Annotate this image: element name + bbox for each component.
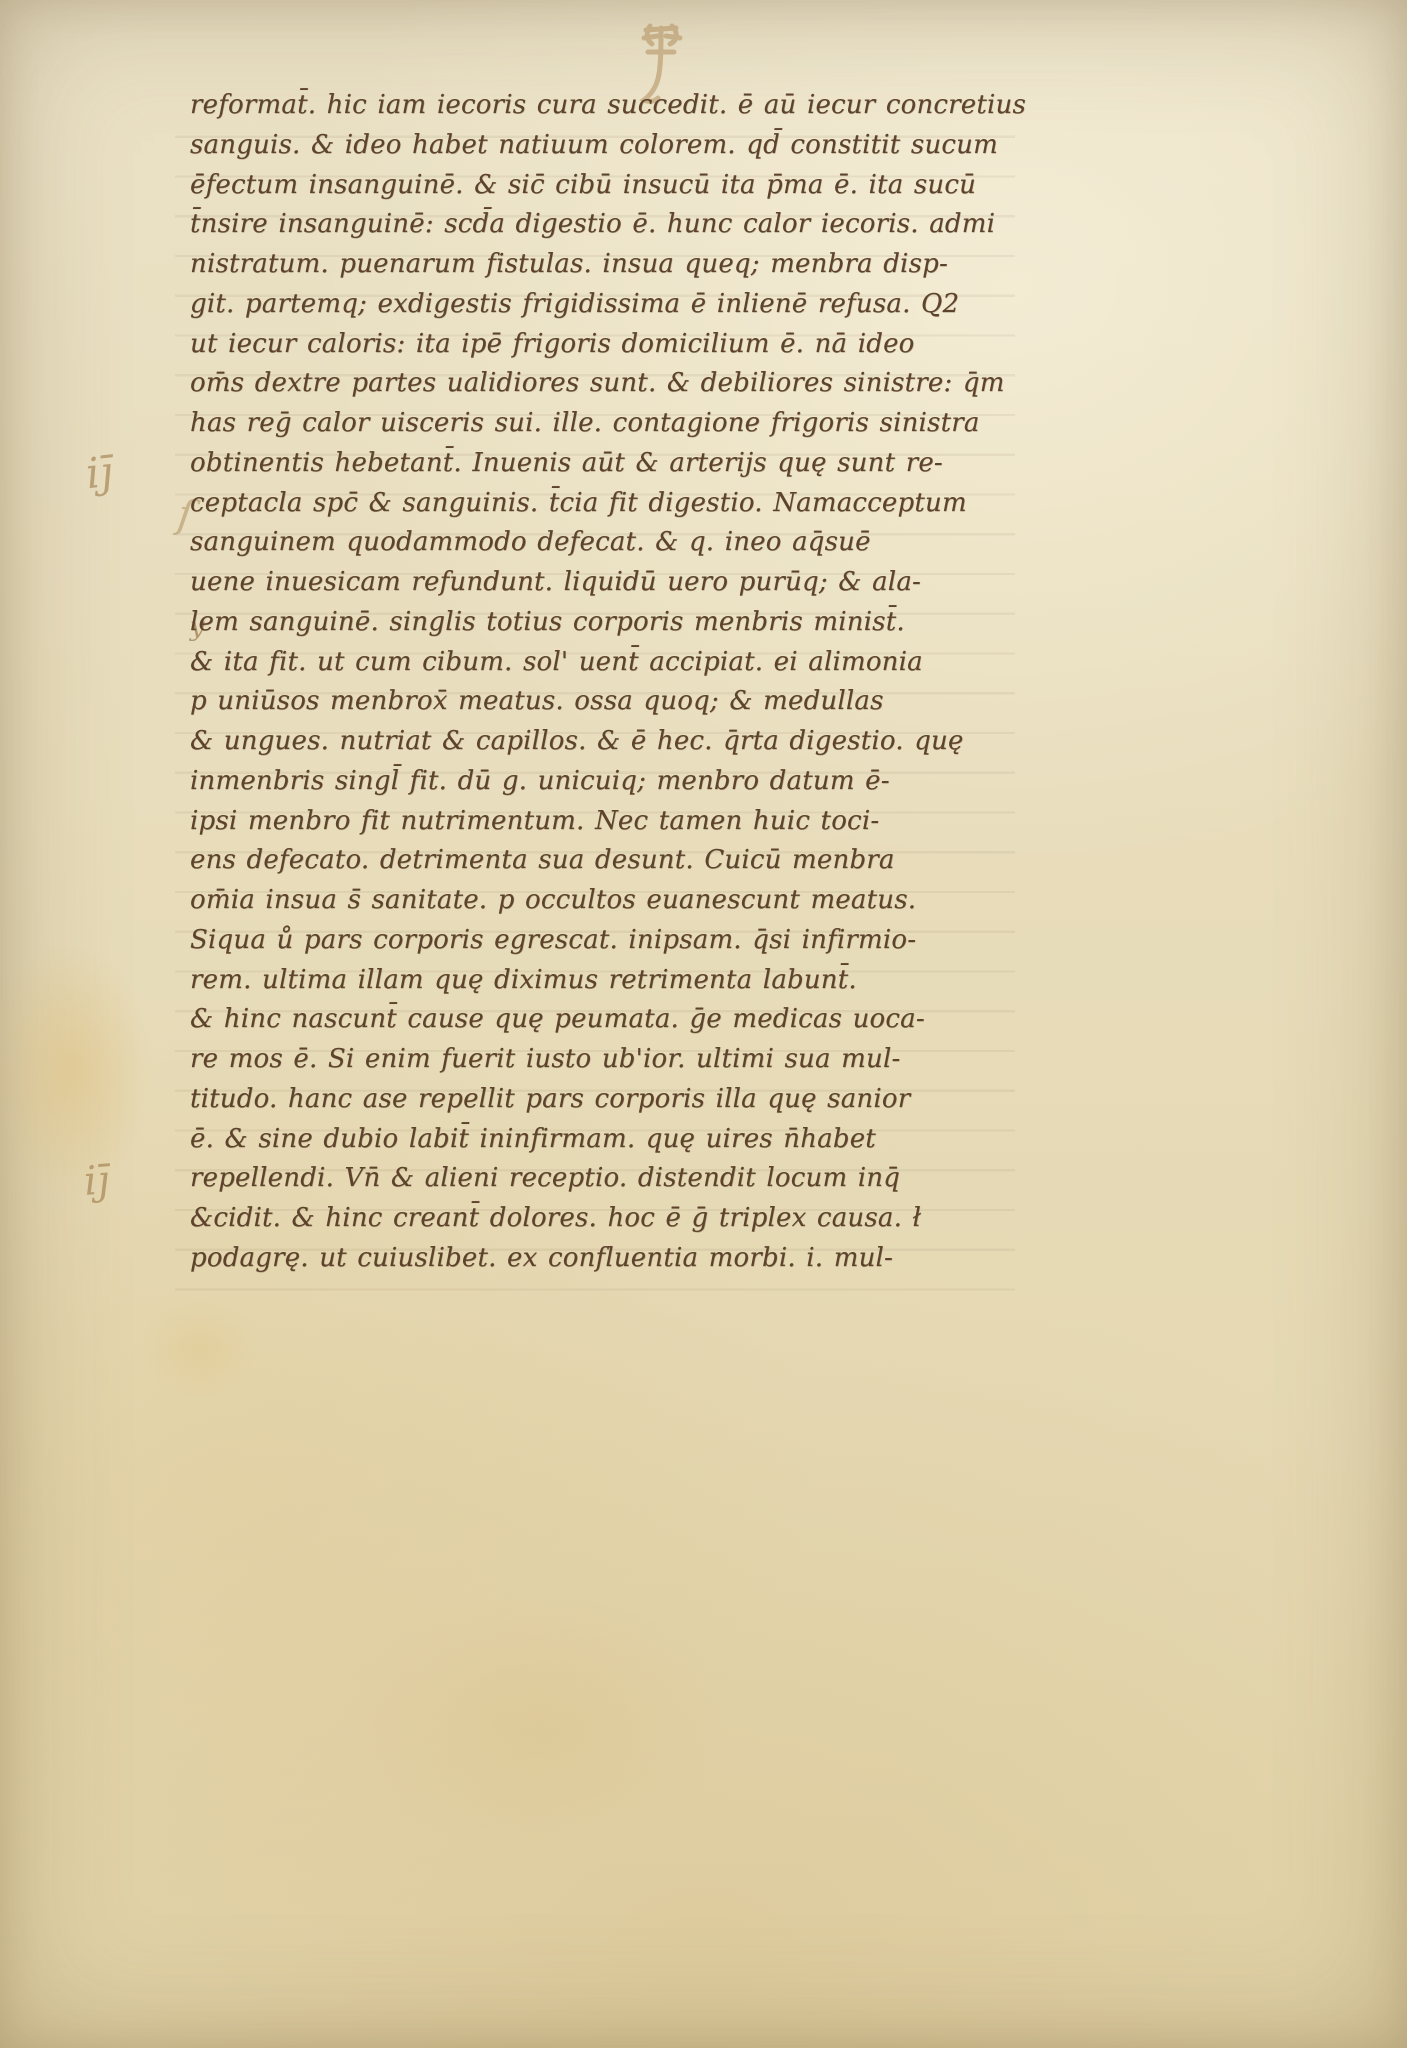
manuscript-text-line: & ita fit. ut cum cibum. sol' uent̄ acci… (190, 643, 1030, 683)
manuscript-text-line: repellendi. Vn̄ & alieni receptio. diste… (190, 1159, 1030, 1199)
manuscript-text-line: lem sanguinē. singlis totius corporis me… (190, 603, 1030, 643)
manuscript-text-block: reformat̄. hic iam iecoris cura succedit… (190, 86, 1030, 1279)
manuscript-text-line: Siqua ů pars corporis egrescat. inipsam.… (190, 921, 1030, 961)
manuscript-page: ij̄ ſ y ij̄ reformat̄. hic iam iecoris c… (0, 0, 1407, 2048)
manuscript-text-line: & hinc nascunt̄ cause quę peumata. ḡe me… (190, 1000, 1030, 1040)
parchment-stain (120, 1280, 280, 1420)
manuscript-text-line: podagrę. ut cuiuslibet. ex confluentia m… (190, 1239, 1030, 1279)
manuscript-text-line: & ungues. nutriat & capillos. & ē hec. q… (190, 722, 1030, 762)
manuscript-text-line: p uniūsos menbrox̄ meatus. ossa quoq; & … (190, 682, 1030, 722)
margin-quire-mark: ij̄ (84, 447, 115, 498)
manuscript-text-line: sanguis. & ideo habet natiuum colorem. q… (190, 126, 1030, 166)
manuscript-text-line: ē. & sine dubio labit̄ ininfirmam. quę u… (190, 1120, 1030, 1160)
margin-quire-mark: ij̄ (82, 1157, 110, 1205)
manuscript-text-line: re mos ē. Si enim fuerit iusto ub'ior. u… (190, 1040, 1030, 1080)
manuscript-text-line: sanguinem quodammodo defecat. & q. ineo … (190, 523, 1030, 563)
manuscript-text-line: has reḡ calor uisceris sui. ille. contag… (190, 404, 1030, 444)
manuscript-text-line: titudo. hanc ase repellit pars corporis … (190, 1080, 1030, 1120)
manuscript-text-line: obtinentis hebetant̄. Inuenis aūt & arte… (190, 444, 1030, 484)
manuscript-text-line: nistratum. puenarum fistulas. insua queq… (190, 245, 1030, 285)
manuscript-text-line: inmenbris singl̄ fit. dū g. unicuiq; men… (190, 762, 1030, 802)
manuscript-text-line: git. partemq; exdigestis frigidissima ē … (190, 285, 1030, 325)
parchment-stain (300, 1560, 780, 1890)
manuscript-text-line: &cidit. & hinc creant̄ dolores. hoc ē ḡ … (190, 1199, 1030, 1239)
manuscript-text-line: uene inuesicam refundunt. liquidū uero p… (190, 563, 1030, 603)
manuscript-text-line: rem. ultima illam quę diximus retrimenta… (190, 961, 1030, 1001)
manuscript-text-line: ipsi menbro fit nutrimentum. Nec tamen h… (190, 802, 1030, 842)
manuscript-text-line: om̄s dextre partes ualidiores sunt. & de… (190, 364, 1030, 404)
manuscript-text-line: reformat̄. hic iam iecoris cura succedit… (190, 86, 1030, 126)
manuscript-text-line: om̄ia insua s̄ sanitate. p occultos euan… (190, 881, 1030, 921)
manuscript-text-line: ens defecato. detrimenta sua desunt. Cui… (190, 841, 1030, 881)
manuscript-text-line: ut iecur caloris: ita ipē frigoris domic… (190, 325, 1030, 365)
manuscript-text-line: t̄nsire insanguinē: scd̄a digestio ē. hu… (190, 205, 1030, 245)
manuscript-text-line: ceptacla spc̄ & sanguinis. t̄cia fit dig… (190, 484, 1030, 524)
manuscript-text-line: ēfectum insanguinē. & sic̄ cibū insucū i… (190, 166, 1030, 206)
